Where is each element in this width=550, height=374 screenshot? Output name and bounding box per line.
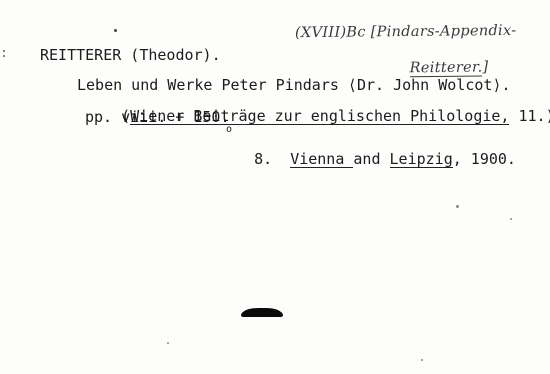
imprint-conjunction: and: [353, 150, 389, 168]
author-heading: REITTERER (Theodor).: [40, 48, 221, 63]
collation-line: pp. viii. + 150.: [85, 110, 230, 125]
imprint-place1-underlined: Vienna: [290, 152, 353, 168]
punch-hole-mark: [241, 308, 283, 317]
handwritten-classmark-line1: (XVIII)Bc [Pindars-Appendix-: [295, 23, 517, 41]
scan-edge-mark: :: [0, 46, 8, 61]
format-superscript: o: [226, 125, 232, 135]
handwritten-classmark-name: Reitterer.: [410, 60, 483, 78]
imprint-line: 8.Vienna and Leipzig, 1900.: [218, 137, 516, 183]
title-line: Leben und Werke Peter Pindars ⟨Dr. John …: [77, 78, 510, 93]
handwritten-classmark-bracket: ]: [482, 59, 488, 75]
dust-speck: [510, 218, 512, 220]
dust-speck: [167, 342, 169, 344]
series-number: 11.): [509, 107, 550, 125]
imprint-place2-underlined: Leipzig: [390, 152, 453, 168]
dust-speck: [421, 359, 423, 361]
dust-speck: [456, 205, 459, 208]
imprint-date: , 1900.: [453, 150, 516, 168]
format-number: 8.: [254, 150, 290, 168]
catalog-card: : (XVIII)Bc [Pindars-Appendix- Reitterer…: [0, 0, 550, 374]
dust-speck: [114, 29, 117, 32]
